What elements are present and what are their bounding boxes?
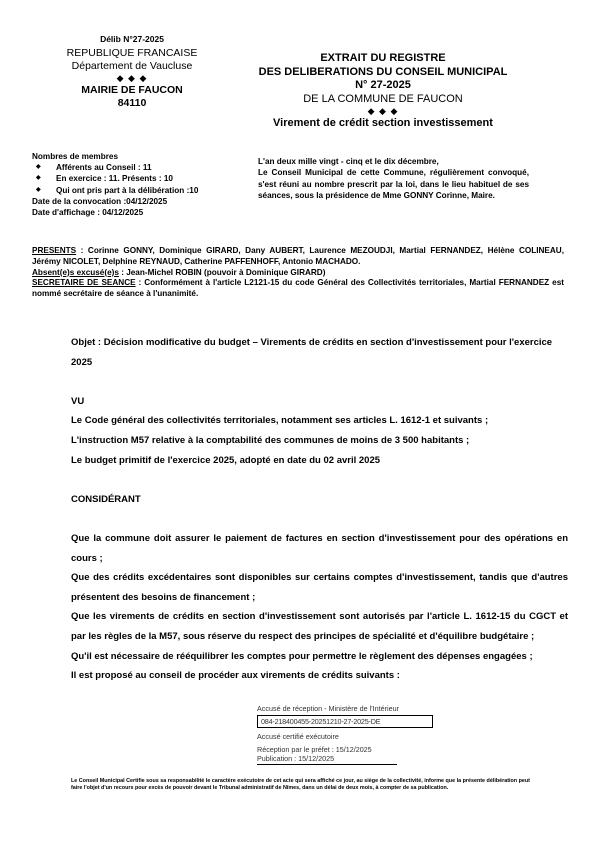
absents-line: Absent(e)s excusé(e)s : Jean-Michel ROBI… [32, 268, 564, 279]
act-id: 084-218400455-20251210-27-2025-DE [257, 715, 433, 728]
vu-item: Le budget primitif de l'exercice 2025, a… [71, 451, 568, 471]
register-title: EXTRAIT DU REGISTRE [233, 52, 533, 66]
reception-stamp: Accusé de réception - Ministère de l'Int… [257, 704, 433, 765]
separator-icon: ◆ ◆ ◆ [233, 106, 533, 117]
absents-text: : Jean-Michel ROBIN (pouvoir à Dominique… [119, 268, 326, 277]
considerant-item: Que les virements de crédits en section … [71, 607, 568, 646]
objet-paragraph: Objet : Décision modificative du budget … [71, 333, 568, 372]
proposal-line: Il est proposé au conseil de procéder au… [71, 666, 568, 686]
presents-label: PRESENTS [32, 246, 76, 255]
session-date: L'an deux mille vingt - cinq et le dix d… [258, 156, 529, 167]
members-item: Afférents au Conseil : 11 [32, 162, 262, 173]
secretary-label: SECRETAIRE DE SEANCE [32, 278, 136, 287]
register-header: EXTRAIT DU REGISTRE DES DELIBERATIONS DU… [233, 52, 533, 131]
considerant-title: CONSIDÉRANT [71, 490, 568, 510]
separator-icon: ◆ ◆ ◆ [28, 73, 236, 84]
attendance-block: PRESENTS : Corinne GONNY, Dominique GIRA… [32, 246, 564, 300]
vu-item: L'instruction M57 relative à la comptabi… [71, 431, 568, 451]
register-subtitle: DES DELIBERATIONS DU CONSEIL MUNICIPAL [233, 66, 533, 80]
session-text: Le Conseil Municipal de cette Commune, r… [258, 167, 529, 201]
footer-note: Le Conseil Municipal Certifie sous sa re… [71, 778, 531, 793]
considerant-item: Qu'il est nécessaire de rééquilibrer les… [71, 647, 568, 667]
absents-label: Absent(e)s excusé(e)s [32, 268, 119, 277]
deliberation-subject: Virement de crédit section investissemen… [233, 117, 533, 131]
members-block: Nombres de membres Afférents au Conseil … [32, 151, 262, 218]
stamp-title: Accusé de réception - Ministère de l'Int… [257, 704, 433, 713]
session-block: L'an deux mille vingt - cinq et le dix d… [258, 156, 529, 202]
commune-label: DE LA COMMUNE DE FAUCON [233, 93, 533, 107]
affichage-date: Date d'affichage : 04/12/2025 [32, 207, 262, 218]
presents-line: PRESENTS : Corinne GONNY, Dominique GIRA… [32, 246, 564, 268]
mairie-label: MAIRIE DE FAUCON [28, 84, 236, 97]
stamp-publication: Publication : 15/12/2025 [257, 754, 397, 765]
members-list: Afférents au Conseil : 11 En exercice : … [32, 162, 262, 196]
vu-item: Le Code général des collectivités territ… [71, 411, 568, 431]
deliberation-body: Objet : Décision modificative du budget … [71, 333, 568, 686]
considerant-item: Que la commune doit assurer le paiement … [71, 529, 568, 568]
members-title: Nombres de membres [32, 151, 262, 162]
presents-text: : Corinne GONNY, Dominique GIRARD, Dany … [32, 246, 564, 266]
stamp-reception: Réception par le préfet : 15/12/2025 [257, 745, 433, 754]
vu-title: VU [71, 392, 568, 412]
secretary-line: SECRETAIRE DE SEANCE : Conformément à l'… [32, 278, 564, 300]
mairie-header: Délib N°27-2025 REPUBLIQUE FRANCAISE Dép… [28, 33, 236, 110]
postcode-label: 84110 [28, 97, 236, 110]
considerant-item: Que des crédits excédentaires sont dispo… [71, 568, 568, 607]
republic-label: REPUBLIQUE FRANCAISE [28, 47, 236, 60]
department-label: Département de Vaucluse [28, 60, 236, 73]
convocation-date: Date de la convocation :04/12/2025 [32, 196, 262, 207]
deliberation-number: N° 27-2025 [233, 79, 533, 93]
members-item: En exercice : 11. Présents : 10 [32, 173, 262, 184]
members-item: Qui ont pris part à la délibération :10 [32, 185, 262, 196]
stamp-certified: Accusé certifié exécutoire [257, 732, 433, 741]
delib-number: Délib N°27-2025 [28, 33, 236, 45]
